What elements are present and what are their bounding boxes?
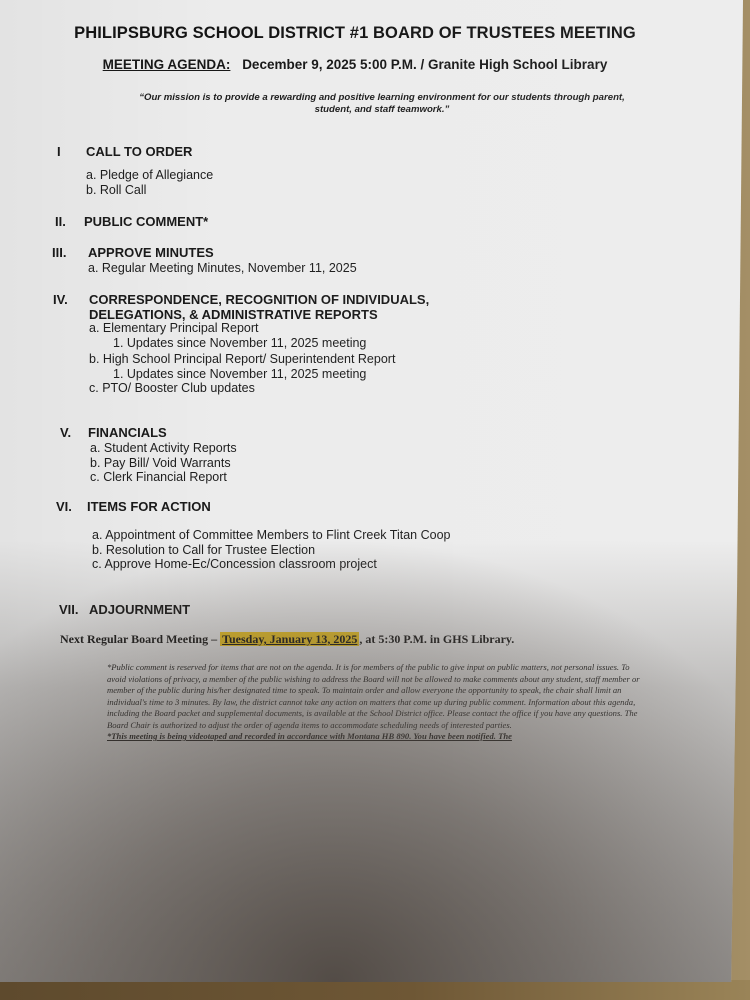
agenda-item: c. PTO/ Booster Club updates <box>89 381 255 395</box>
public-comment-footnote: *Public comment is reserved for items th… <box>107 662 647 743</box>
next-meeting-suffix: , at 5:30 P.M. in GHS Library. <box>359 632 514 646</box>
next-meeting-date: Tuesday, January 13, 2025 <box>220 632 359 646</box>
section-heading: FINANCIALS <box>88 425 167 440</box>
table-surface <box>0 980 750 1000</box>
agenda-item: b. High School Principal Report/ Superin… <box>89 352 395 366</box>
agenda-item: a. Regular Meeting Minutes, November 11,… <box>88 261 357 275</box>
section-numeral: I <box>57 144 61 159</box>
recording-notice: *This meeting is being videotaped and re… <box>107 731 647 743</box>
section-numeral: V. <box>60 425 71 440</box>
agenda-subitem: 1. Updates since November 11, 2025 meeti… <box>113 367 366 381</box>
section-heading: ADJOURNMENT <box>89 602 190 617</box>
agenda-label: MEETING AGENDA: <box>103 57 231 72</box>
section-heading: APPROVE MINUTES <box>88 245 214 260</box>
agenda-paper: PHILIPSBURG SCHOOL DISTRICT #1 BOARD OF … <box>0 0 743 982</box>
agenda-details: December 9, 2025 5:00 P.M. / Granite Hig… <box>242 57 607 72</box>
agenda-item: b. Roll Call <box>86 183 146 197</box>
agenda-item: b. Resolution to Call for Trustee Electi… <box>92 543 315 557</box>
mission-line: student, and staff teamwork.” <box>112 104 652 116</box>
agenda-item: a. Elementary Principal Report <box>89 321 259 335</box>
meeting-subtitle: MEETING AGENDA: December 9, 2025 5:00 P.… <box>0 57 710 72</box>
agenda-item: a. Pledge of Allegiance <box>86 168 213 182</box>
agenda-item: a. Appointment of Committee Members to F… <box>92 528 451 542</box>
document-title: PHILIPSBURG SCHOOL DISTRICT #1 BOARD OF … <box>0 24 710 43</box>
section-numeral: VII. <box>59 602 79 617</box>
footnote-body: *Public comment is reserved for items th… <box>107 662 640 730</box>
section-numeral: III. <box>52 245 66 260</box>
section-heading: CALL TO ORDER <box>86 144 192 159</box>
section-numeral: IV. <box>53 292 68 307</box>
next-meeting-prefix: Next Regular Board Meeting – <box>60 632 220 646</box>
agenda-subitem: 1. Updates since November 11, 2025 meeti… <box>113 336 366 350</box>
section-heading: ITEMS FOR ACTION <box>87 499 211 514</box>
section-heading: DELEGATIONS, & ADMINISTRATIVE REPORTS <box>89 307 378 322</box>
agenda-item: c. Clerk Financial Report <box>90 470 227 484</box>
mission-statement: “Our mission is to provide a rewarding a… <box>112 92 652 116</box>
mission-line: “Our mission is to provide a rewarding a… <box>112 92 652 104</box>
agenda-item: c. Approve Home-Ec/Concession classroom … <box>92 557 377 571</box>
section-numeral: II. <box>55 214 66 229</box>
next-meeting-line: Next Regular Board Meeting – Tuesday, Ja… <box>60 632 514 647</box>
section-heading: PUBLIC COMMENT* <box>84 214 208 229</box>
agenda-item: a. Student Activity Reports <box>90 441 237 455</box>
section-numeral: VI. <box>56 499 72 514</box>
agenda-item: b. Pay Bill/ Void Warrants <box>90 456 231 470</box>
section-heading: CORRESPONDENCE, RECOGNITION OF INDIVIDUA… <box>89 292 429 307</box>
